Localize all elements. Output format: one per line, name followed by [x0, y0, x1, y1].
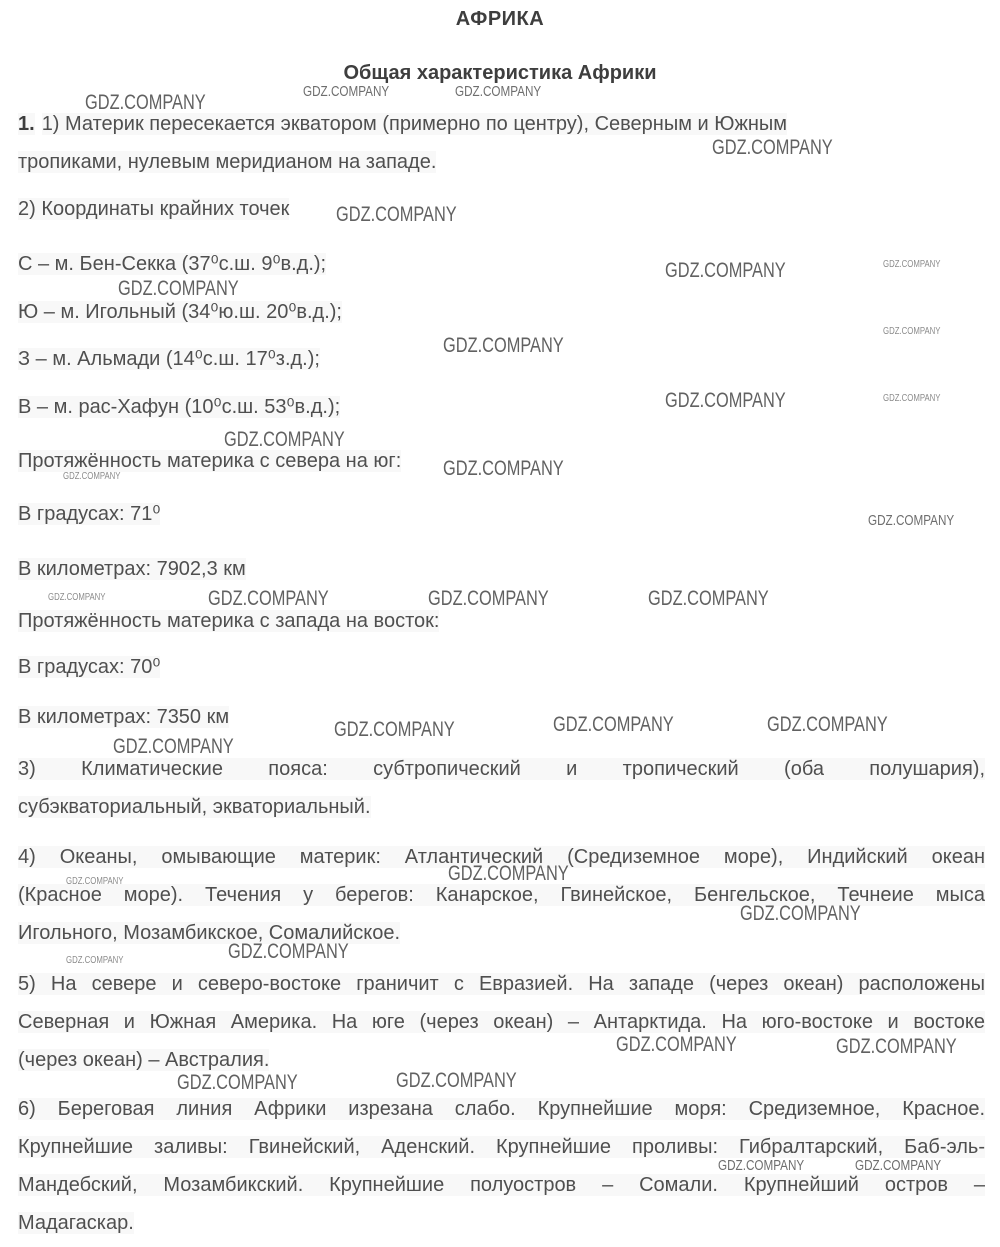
document-body: 1.1) Материк пересекается экватором (при…	[18, 84, 985, 1242]
paragraph-4-line-2: (Красное море). Течения у берегов: Канар…	[18, 876, 985, 914]
extent-ns-degrees: В градусах: 71⁰	[18, 495, 985, 533]
paragraph-4-line-1: 4) Океаны, омывающие материк: Атлантичес…	[18, 838, 985, 876]
extent-we-km: В километрах: 7350 км	[18, 698, 985, 736]
paragraph-5-line-1: 5) На севере и северо-востоке граничит с…	[18, 965, 985, 1003]
paragraph-1-text: 1) Материк пересекается экватором (приме…	[42, 113, 787, 135]
extent-we-title: Протяжённость материка с запада на восто…	[18, 602, 985, 640]
extent-ns-km: В километрах: 7902,3 км	[18, 550, 985, 588]
paragraph-6-line-4: Мадагаскар.	[18, 1204, 985, 1242]
page-subtitle: Общая характеристика Африки	[0, 62, 1000, 84]
paragraph-6-line-3: Мандебский, Мозамбикский. Крупнейшие пол…	[18, 1166, 985, 1204]
page-title: АФРИКА	[0, 8, 1000, 30]
task-number: 1.	[18, 113, 35, 135]
paragraph-3-line-2: субэкваториальный, экваториальный.	[18, 788, 985, 826]
coord-south: Ю – м. Игольный (34⁰ю.ш. 20⁰в.д.);	[18, 293, 985, 331]
paragraph-5-line-3: (через океан) – Австралия.	[18, 1041, 985, 1079]
extent-we-degrees: В градусах: 70⁰	[18, 648, 985, 686]
coord-north: С – м. Бен-Секка (37⁰с.ш. 9⁰в.д.);	[18, 245, 985, 283]
extent-ns-title: Протяжённость материка с севера на юг:	[18, 442, 985, 480]
paragraph-6-line-1: 6) Береговая линия Африки изрезана слабо…	[18, 1090, 985, 1128]
paragraph-4-line-3: Игольного, Мозамбикское, Сомалийское.	[18, 914, 985, 952]
coord-west: З – м. Альмади (14⁰с.ш. 17⁰з.д.);	[18, 340, 985, 378]
paragraph-3-line-1: 3) Климатические пояса: субтропический и…	[18, 750, 985, 788]
paragraph-5-line-2: Северная и Южная Америка. На юге (через …	[18, 1003, 985, 1041]
coord-east: В – м. рас-Хафун (10⁰с.ш. 53⁰в.д.);	[18, 388, 985, 426]
paragraph-6-line-2: Крупнейшие заливы: Гвинейский, Аденский.…	[18, 1128, 985, 1166]
paragraph-2-heading: 2) Координаты крайних точек	[18, 190, 985, 228]
paragraph-1-line-1: 1.1) Материк пересекается экватором (при…	[18, 105, 985, 143]
paragraph-1-line-2: тропиками, нулевым меридианом на западе.	[18, 143, 985, 181]
document-page: GDZ.COMPANY GDZ.COMPANY GDZ.COMPANY GDZ.…	[0, 0, 1000, 1247]
